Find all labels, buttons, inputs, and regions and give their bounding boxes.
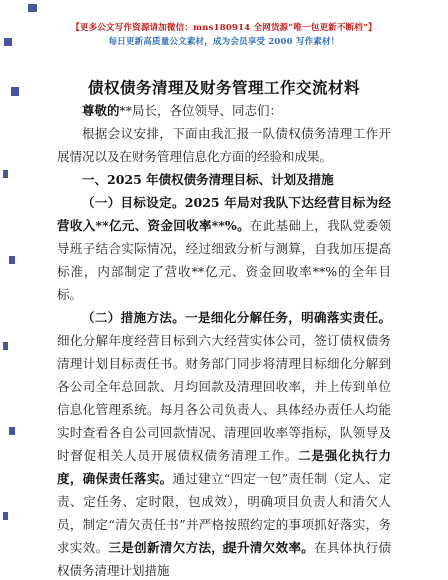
paragraphs: 尊敬的**局长，各位领导、同志们：根据会议安排，下面由我汇报一队债权债务清理工作… xyxy=(57,99,391,580)
watermark-artifact xyxy=(9,256,15,264)
section-heading: 一、2025 年债权债务清理目标、计划及措施 xyxy=(57,168,391,191)
document-title: 债权债务清理及财务管理工作交流材料 xyxy=(30,77,418,99)
promo-line-blue: 每日更新高质量公文素材，成为会员享受 2000 写作素材！ xyxy=(0,36,448,50)
document-page: 【更多公文写作资源请加微信：mns180914 全网货源“唯一包更新不断档”】 … xyxy=(0,0,448,580)
text-run-bold: （二）措施方法。一是细化分解任务，明确落实责任。 xyxy=(82,310,391,325)
promo-line-red: 【更多公文写作资源请加微信：mns180914 全网货源“唯一包更新不断档”】 xyxy=(0,22,448,36)
watermark-artifact xyxy=(9,427,15,435)
paragraph: （二）措施方法。一是细化分解任务，明确落实责任。细化分解年度经营目标到六大经营实… xyxy=(57,306,391,580)
page-number: 1 xyxy=(0,543,448,556)
promo-header: 【更多公文写作资源请加微信：mns180914 全网货源“唯一包更新不断档”】 … xyxy=(0,0,448,49)
paragraph: 根据会议安排，下面由我汇报一队债权债务清理工作开展情况以及在财务管理信息化方面的… xyxy=(57,122,391,168)
text-run-bold: 尊敬的 xyxy=(82,103,120,118)
watermark-artifact xyxy=(11,87,19,96)
watermark-artifact xyxy=(3,512,8,520)
watermark-artifact xyxy=(3,342,8,350)
greeting: 尊敬的**局长，各位领导、同志们： xyxy=(57,99,391,122)
watermark-artifact xyxy=(3,170,8,178)
text-run-bold: 一、2025 年债权债务清理目标、计划及措施 xyxy=(82,172,334,187)
text-run: **局长，各位领导、同志们： xyxy=(120,103,283,118)
watermark-artifact xyxy=(4,38,12,46)
text-run: 根据会议安排，下面由我汇报一队债权债务清理工作开展情况以及在财务管理信息化方面的… xyxy=(57,126,391,164)
paragraph: （一）目标设定。2025 年局对我队下达经营目标为经营收入**亿元、资金回收率*… xyxy=(57,191,391,306)
text-run: 细化分解年度经营目标到六大经营实体公司，签订债权债务清理计划目标责任书。财务部门… xyxy=(57,333,391,463)
watermark-artifact xyxy=(28,4,37,12)
